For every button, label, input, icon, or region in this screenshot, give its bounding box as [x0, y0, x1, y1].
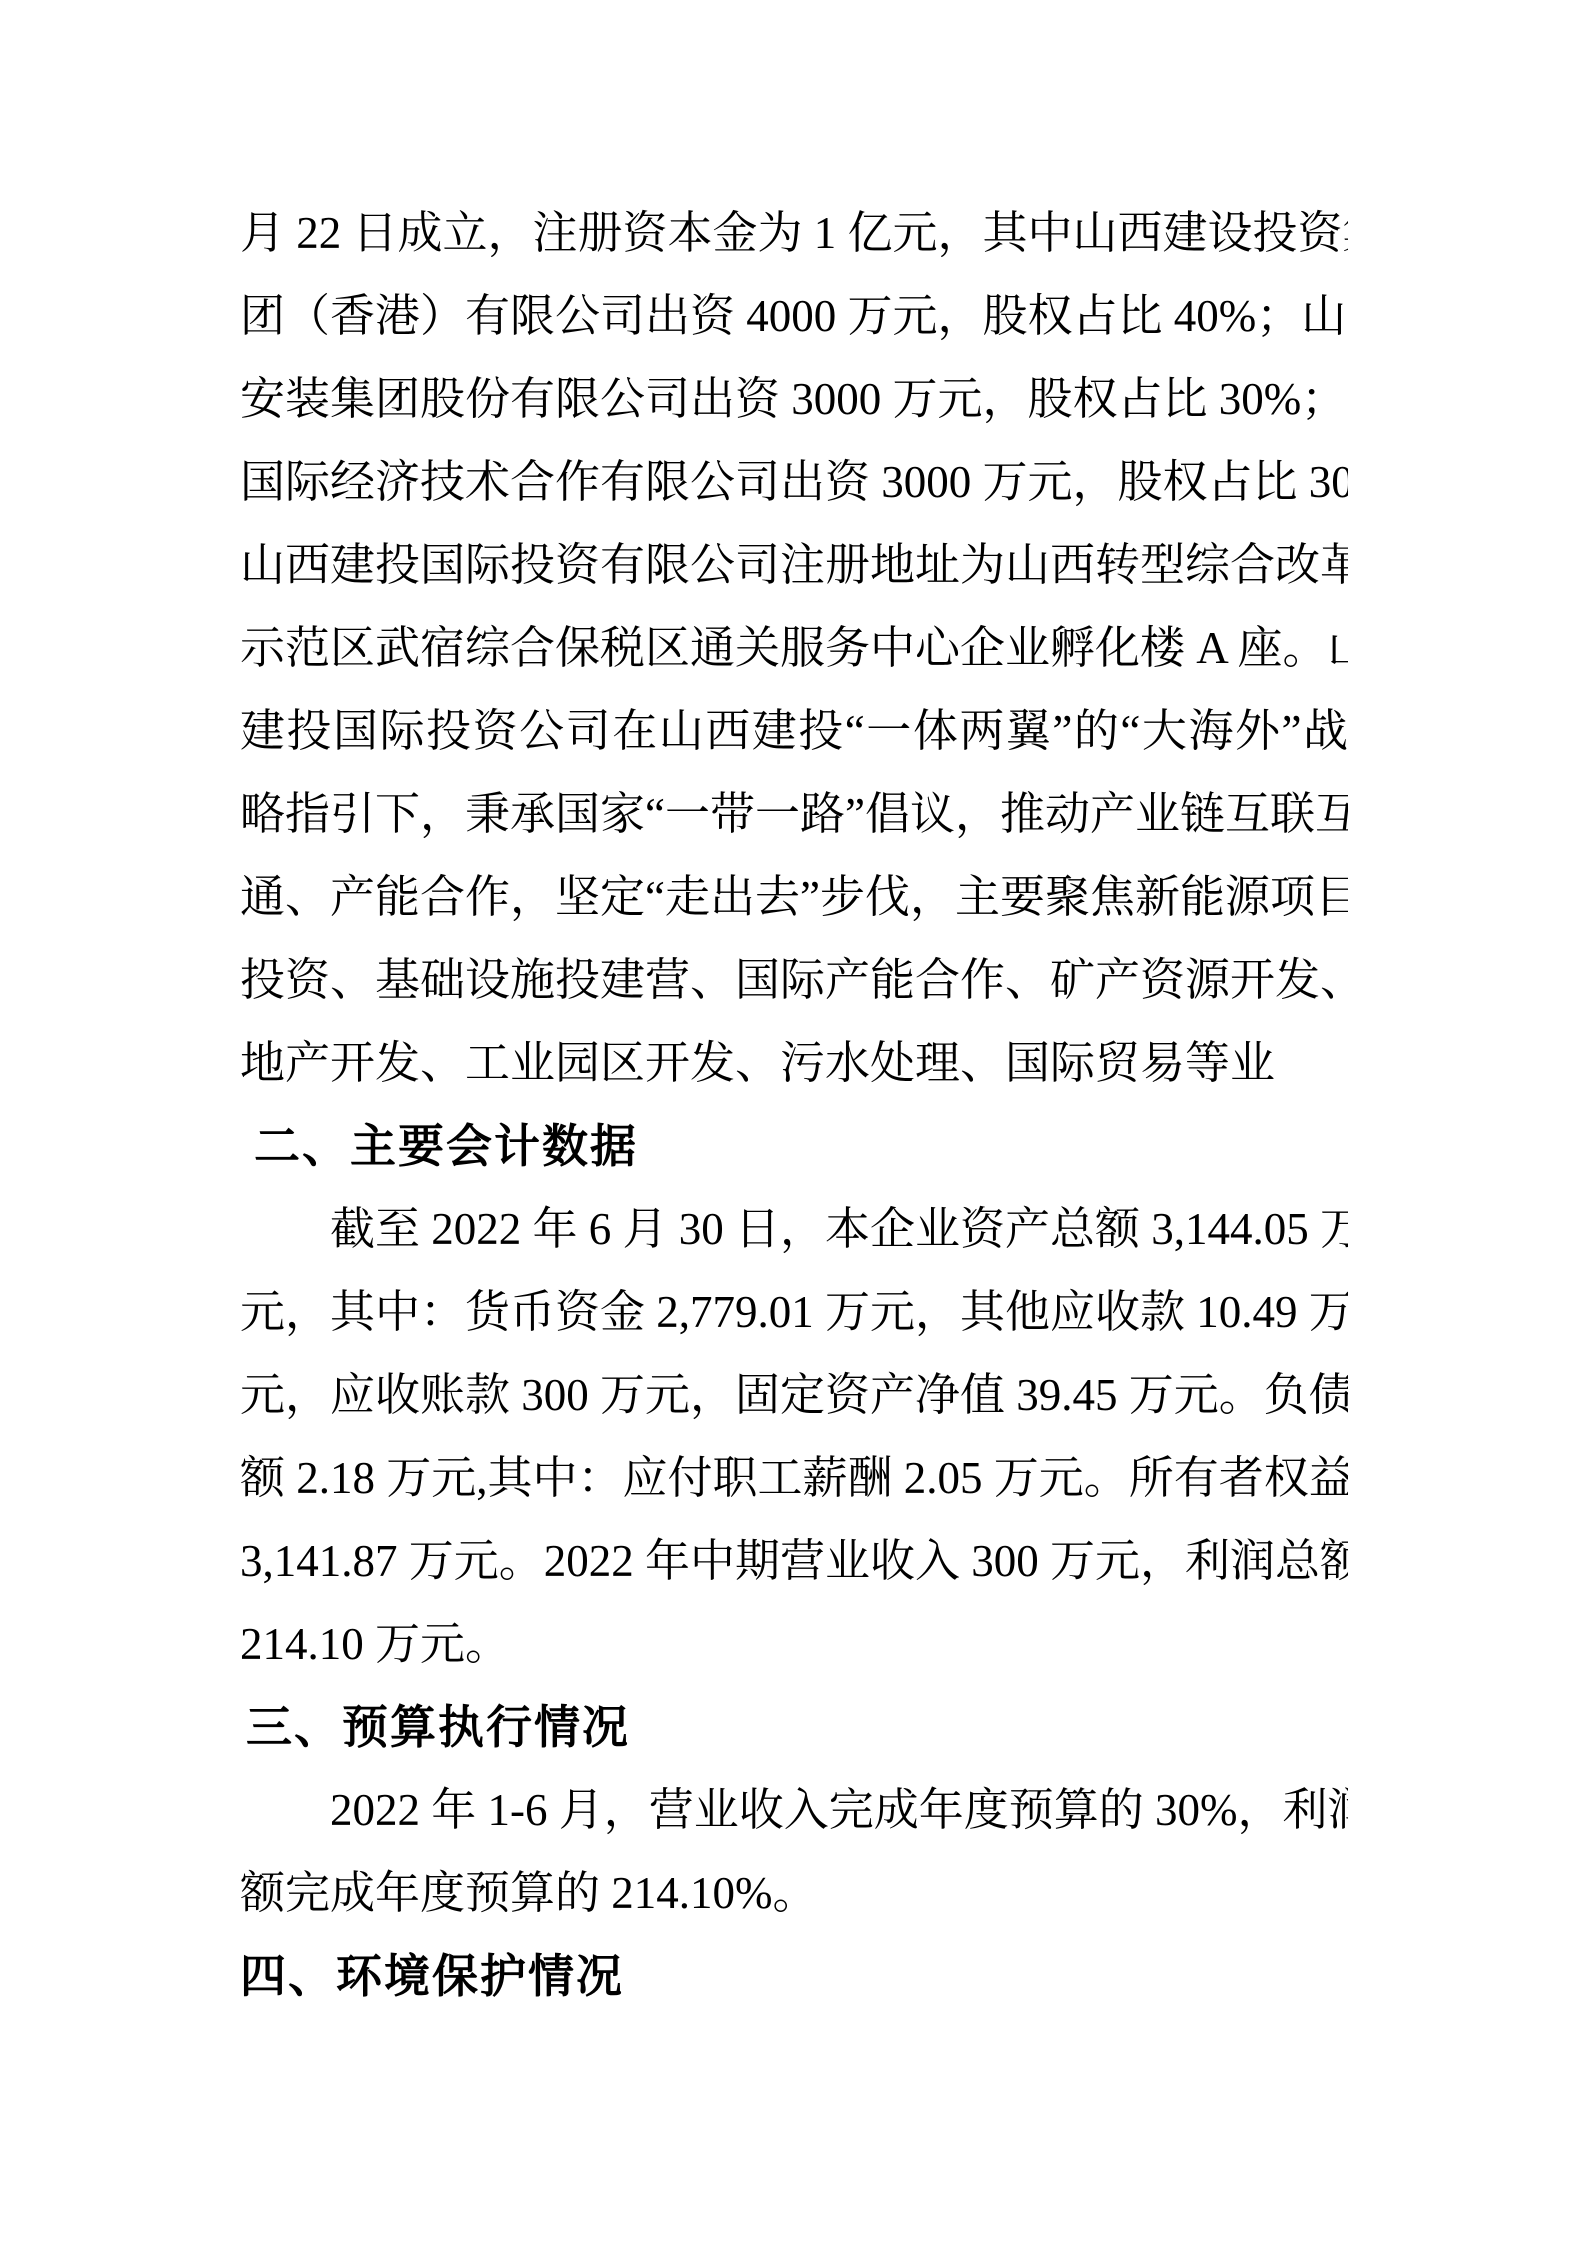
text-line: 额 2.18 万元,其中：应付职工薪酬 2.05 万元。所有者权益 [240, 1437, 1348, 1520]
text-line: 国际经济技术合作有限公司出资 3000 万元，股权占比 30%。 [240, 441, 1348, 524]
section-heading-environmental-protection: 四、环境保护情况 [240, 1935, 1348, 2018]
text-line: 2022 年 1-6 月，营业收入完成年度预算的 30%，利润总 [240, 1769, 1348, 1852]
section-heading-budget-execution: 三、预算执行情况 [240, 1686, 1348, 1769]
text-line: 元，应收账款 300 万元，固定资产净值 39.45 万元。负债总 [240, 1354, 1348, 1437]
text-line: 山西建投国际投资有限公司注册地址为山西转型综合改革 [240, 524, 1348, 607]
document-page: 月 22 日成立，注册资本金为 1 亿元，其中山西建设投资集团（香港）有限公司出… [0, 0, 1587, 2245]
text-line: 元，其中：货币资金 2,779.01 万元，其他应收款 10.49 万 [240, 1271, 1348, 1354]
text-line: 示范区武宿综合保税区通关服务中心企业孵化楼 A 座。山西 [240, 607, 1348, 690]
text-line: 安装集团股份有限公司出资 3000 万元，股权占比 30%；山西 [240, 358, 1348, 441]
text-line: 截至 2022 年 6 月 30 日，本企业资产总额 3,144.05 万 [240, 1188, 1348, 1271]
text-line: 投资、基础设施投建营、国际产能合作、矿产资源开发、房 [240, 939, 1348, 1022]
text-line: 额完成年度预算的 214.10%。 [240, 1852, 1348, 1935]
text-line: 月 22 日成立，注册资本金为 1 亿元，其中山西建设投资集 [240, 192, 1348, 275]
section-heading-accounting-data: 二、主要会计数据 [240, 1105, 1348, 1188]
text-line: 建投国际投资公司在山西建投“一体两翼”的“大海外”战 [240, 690, 1348, 773]
document-content: 月 22 日成立，注册资本金为 1 亿元，其中山西建设投资集团（香港）有限公司出… [240, 192, 1348, 2018]
text-line: 3,141.87 万元。2022 年中期营业收入 300 万元，利润总额 [240, 1520, 1348, 1603]
text-line: 略指引下，秉承国家“一带一路”倡议，推动产业链互联互 [240, 773, 1348, 856]
text-line: 214.10 万元。 [240, 1603, 1348, 1686]
text-line: 地产开发、工业园区开发、污水处理、国际贸易等业务。 [240, 1022, 1348, 1105]
text-line: 通、产能合作，坚定“走出去”步伐，主要聚焦新能源项目 [240, 856, 1348, 939]
text-line: 团（香港）有限公司出资 4000 万元，股权占比 40%；山西省 [240, 275, 1348, 358]
